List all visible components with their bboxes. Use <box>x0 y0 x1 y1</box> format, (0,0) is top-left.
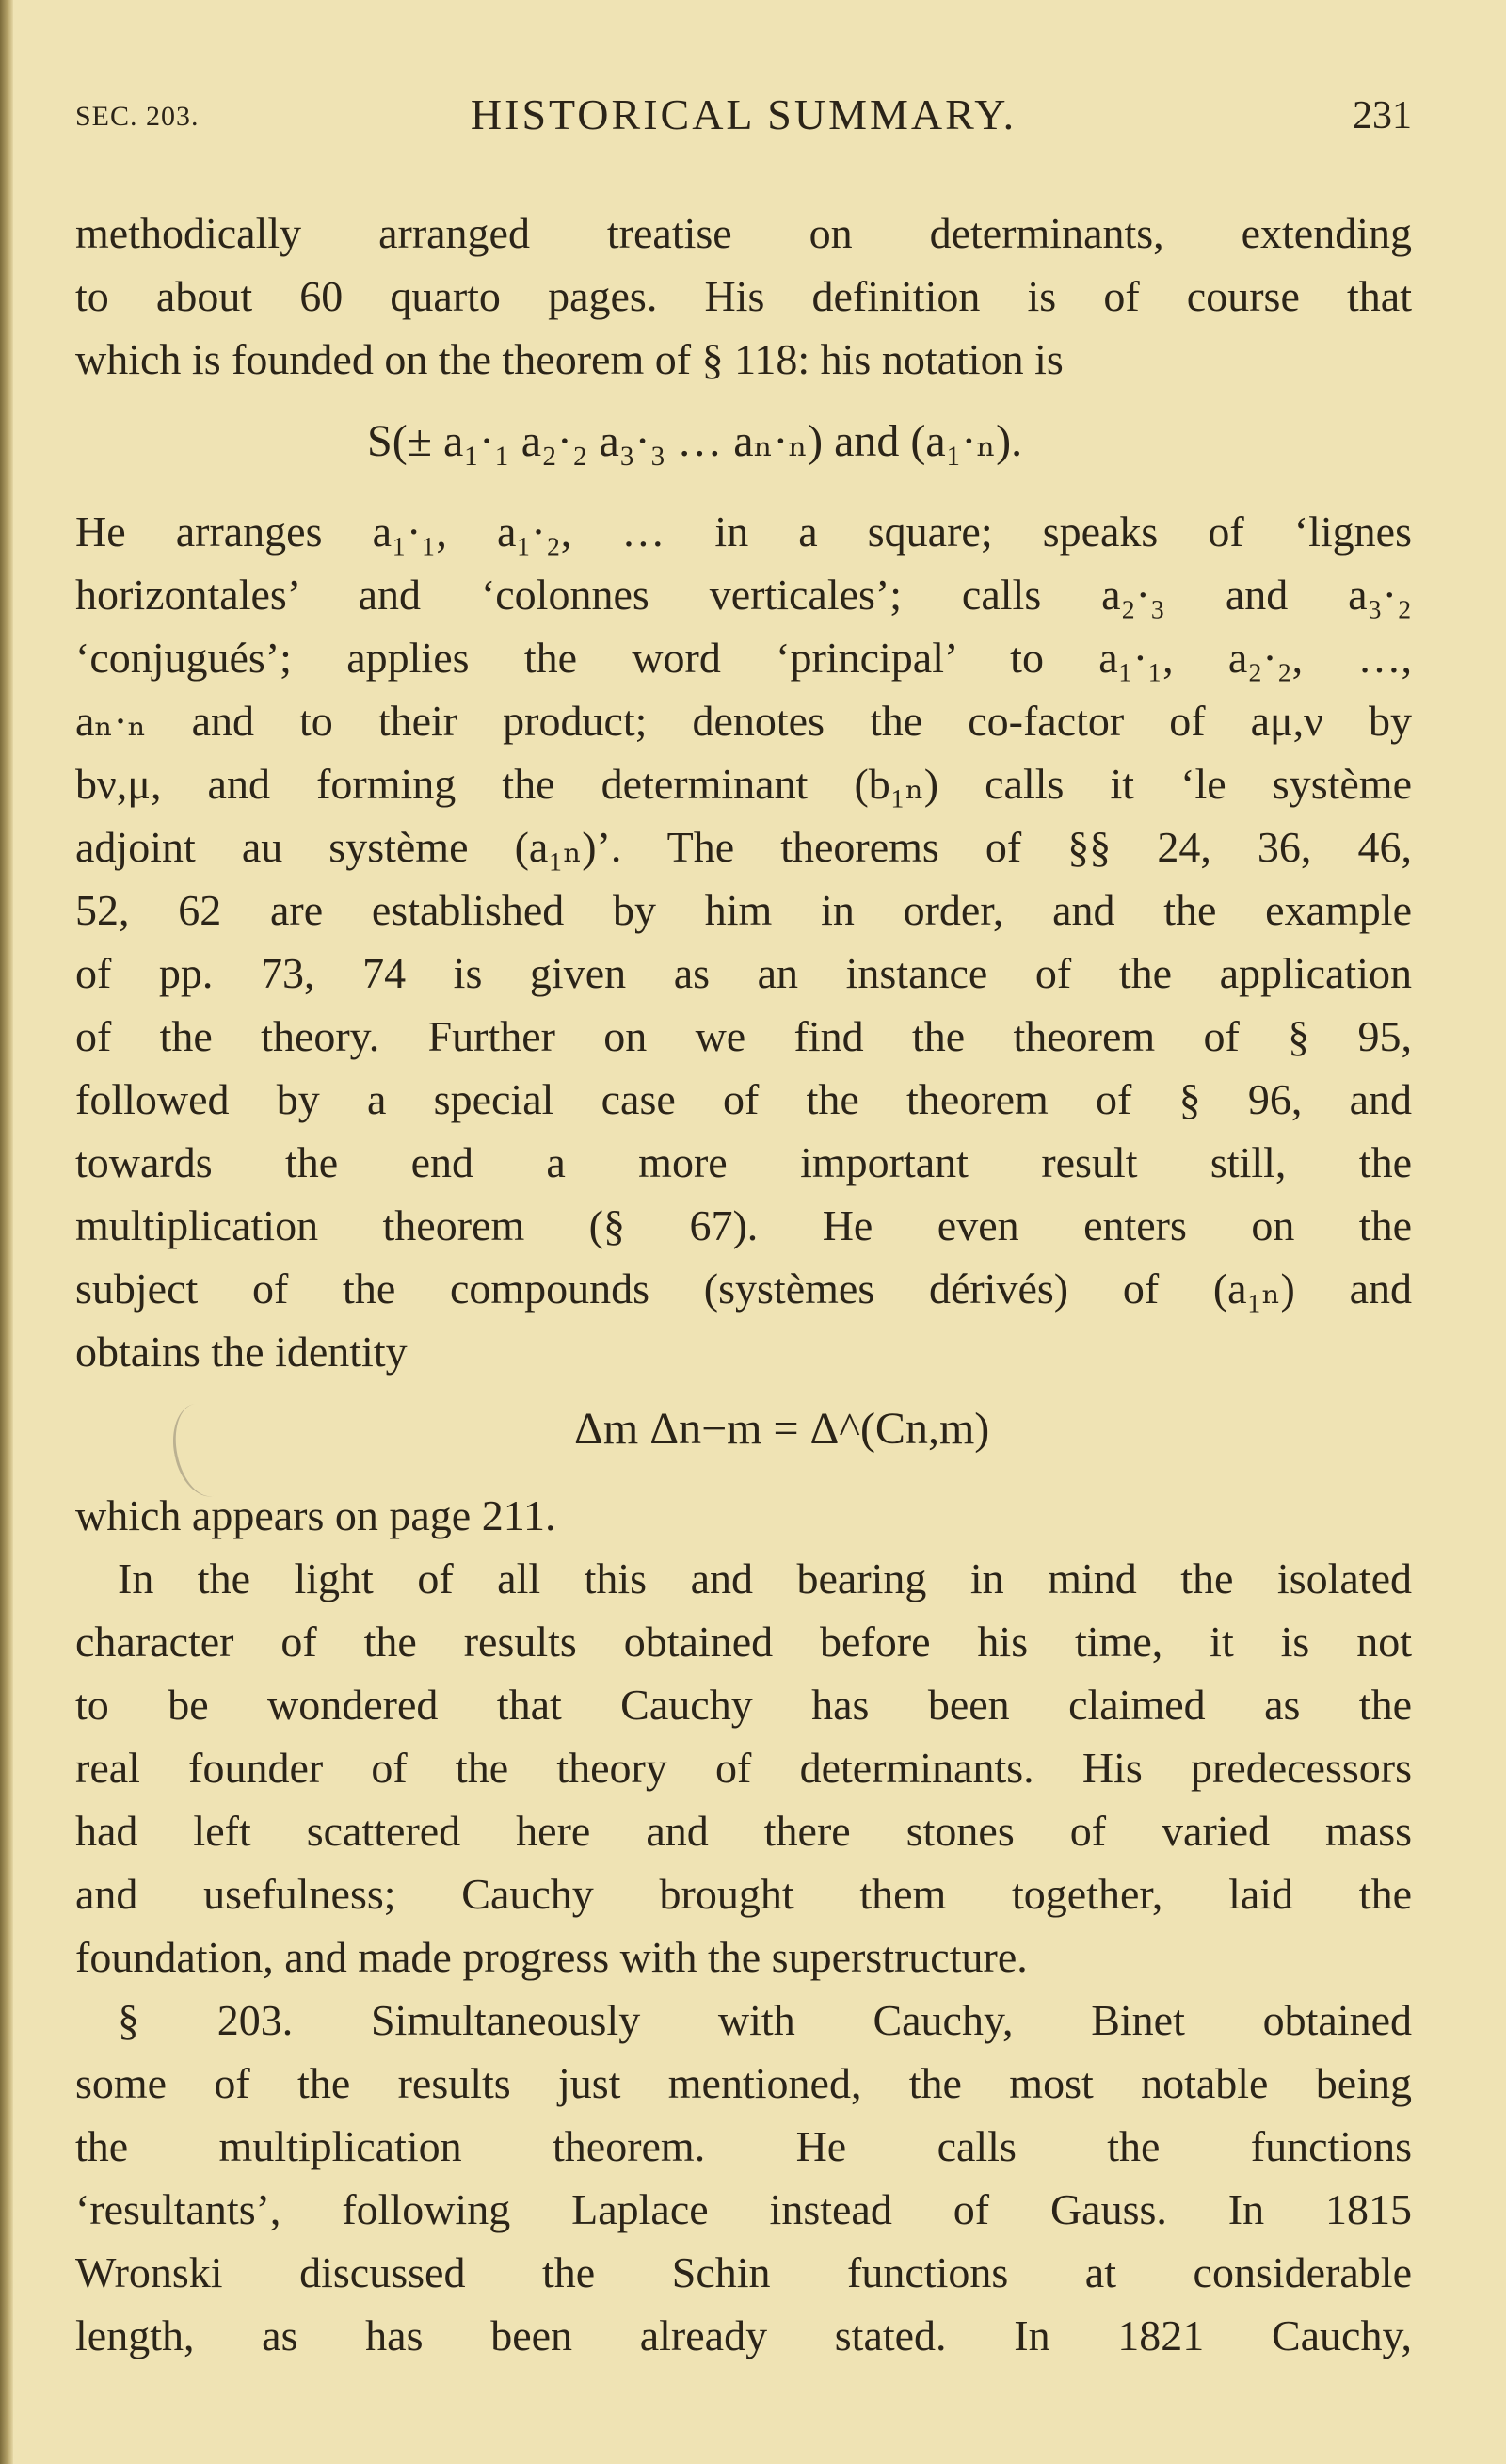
page-number: 231 <box>1353 93 1412 138</box>
text-line: Wronski discussed the Schin functions at… <box>75 2245 1412 2301</box>
text-line: multiplication theorem (§ 67). He even e… <box>75 1198 1412 1254</box>
text-line: bν,μ, and forming the determinant (b₁ₙ) … <box>75 756 1412 813</box>
equation-notation: S(± a₁·₁ a₂·₂ a₃·₃ … aₙ·ₙ) and (a₁·ₙ). <box>367 414 1022 467</box>
text-line: which is founded on the theorem of § 118… <box>75 331 1412 388</box>
text-line: ‘conjugués’; applies the word ‘principal… <box>75 630 1412 686</box>
equation-identity: Δm Δn−m = Δ^(Cn,m) <box>574 1403 989 1455</box>
text-line: towards the end a more important result … <box>75 1135 1412 1191</box>
text-line: some of the results just mentioned, the … <box>75 2055 1412 2112</box>
text-line: character of the results obtained before… <box>75 1614 1412 1670</box>
text-line: § 203. Simultaneously with Cauchy, Binet… <box>75 1992 1412 2049</box>
text-line: methodically arranged treatise on determ… <box>75 205 1412 262</box>
text-line: horizontales’ and ‘colonnes verticales’;… <box>75 567 1412 623</box>
text-line: real founder of the theory of determinan… <box>75 1740 1412 1796</box>
text-line: the multiplication theorem. He calls the… <box>75 2118 1412 2175</box>
book-spine-edge <box>0 0 13 2464</box>
pencil-mark <box>165 1398 242 1503</box>
running-title: HISTORICAL SUMMARY. <box>75 89 1412 139</box>
text-line: aₙ·ₙ and to their product; denotes the c… <box>75 693 1412 749</box>
text-line: He arranges a₁·₁, a₁·₂, … in a square; s… <box>75 504 1412 560</box>
text-line: length, as has been already stated. In 1… <box>75 2308 1412 2364</box>
text-line: foundation, and made progress with the s… <box>75 1929 1412 1986</box>
text-line: of the theory. Further on we find the th… <box>75 1008 1412 1065</box>
text-line: of pp. 73, 74 is given as an instance of… <box>75 945 1412 1002</box>
text-line: to be wondered that Cauchy has been clai… <box>75 1677 1412 1733</box>
text-line: obtains the identity <box>75 1324 1412 1380</box>
text-line: adjoint au système (a₁ₙ)’. The theorems … <box>75 819 1412 876</box>
text-line: 52, 62 are established by him in order, … <box>75 882 1412 939</box>
text-line: which appears on page 211. <box>75 1488 1412 1544</box>
text-line: ‘resultants’, following Laplace instead … <box>75 2182 1412 2238</box>
text-line: to about 60 quarto pages. His definition… <box>75 268 1412 325</box>
text-line: followed by a special case of the theore… <box>75 1071 1412 1128</box>
text-line: and usefulness; Cauchy brought them toge… <box>75 1866 1412 1923</box>
text-line: subject of the compounds (systèmes dériv… <box>75 1261 1412 1317</box>
text-line: In the light of all this and bearing in … <box>75 1551 1412 1607</box>
text-line: had left scattered here and there stones… <box>75 1803 1412 1860</box>
page-header: SEC. 203. HISTORICAL SUMMARY. 231 <box>75 89 1412 146</box>
